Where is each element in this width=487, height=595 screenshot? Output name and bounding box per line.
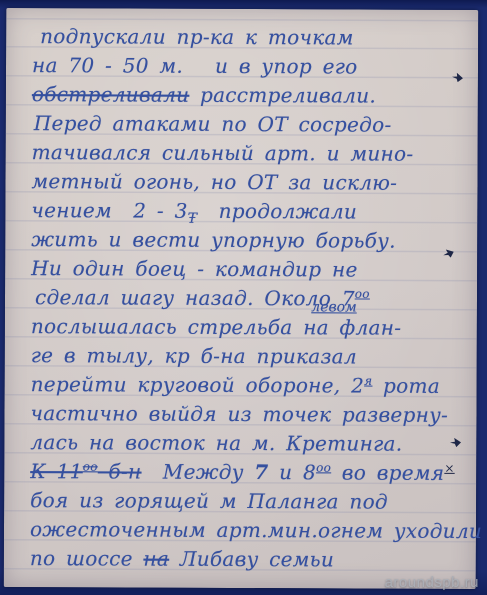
handwritten-text: оо [355,287,370,301]
handwriting-line: обстреливали расстреливали. [32,80,468,111]
watermark: aroundspb.ru [385,574,479,591]
paper-page: подпускали пр-ка к точкамна 70 - 50 м. и… [4,8,479,589]
handwritten-text: ге в тылу, кр б-на приказал [31,343,357,368]
handwritten-text: Ни один боец - командир не [31,256,358,281]
handwritten-text: подпускали пр-ка к точкам [40,24,354,49]
handwritten-text: лась на восток на м. Кретинга. [30,430,402,456]
handwritten-text: рота [372,374,440,398]
struck-text: обстреливали [32,82,190,107]
handwriting-line: боя из горящей м Паланга под [30,486,466,517]
handwritten-text: Перед атаками по ОТ сосредо- [34,111,392,137]
handwritten-text: 7 [254,460,268,484]
handwritten-text: ожесточенным арт.мин.огнем уходили [30,517,482,543]
handwritten-text: на флан-левом [303,315,401,339]
handwritten-text: во время [331,460,444,484]
handwritten-text: Ŧ [188,211,198,227]
handwritten-text: метный огонь, но ОТ за исклю- [31,169,397,195]
photo-scan: подпускали пр-ка к точкамна 70 - 50 м. и… [0,0,487,595]
handwriting-lines: подпускали пр-ка к точкамна 70 - 50 м. и… [4,8,479,589]
handwritten-text: частично выйдя из точек разверну- [30,401,448,427]
handwritten-text: и 8 [268,460,316,484]
handwritten-text: жить и вести упорную борьбу. [31,227,396,253]
handwritten-text: послышалась стрельба [31,314,303,339]
handwriting-line: чением 2 - 3Ŧ продолжали [31,196,467,227]
handwriting-line: тачивался сильный арт. и мино- [32,138,468,169]
handwriting-line: жить и вести упорную борьбу. [31,225,467,256]
inserted-word-above: левом [311,300,356,314]
handwritten-text: по шоссе [30,546,144,570]
handwriting-line: К 11оо б-н Между 7 и 8оо во время× [30,457,466,488]
handwriting-line: метный огонь, но ОТ за исклю- [31,167,467,198]
handwritten-text: чением 2 - 3 [31,198,187,223]
handwritten-text: Либаву семьи [169,547,334,572]
handwritten-text: Между [141,460,254,484]
handwriting-line: ге в тылу, кр б-на приказал [31,341,467,372]
struck-text: оо [83,460,98,474]
handwriting-line: лась на восток на м. Кретинга. [30,428,466,459]
handwriting-line: послышалась стрельба на флан-левом [31,312,467,343]
handwritten-text: на 70 - 50 м. и в упор его [32,53,358,78]
struck-text: на [143,547,169,571]
handwriting-line: ожесточенным арт.мин.огнем уходили [30,515,466,546]
handwriting-line: по шоссе на Либаву семьи [30,544,466,575]
handwriting-line: на 70 - 50 м. и в упор его [32,51,468,82]
handwriting-line: перейти круговой обороне, 2я рота [31,370,467,401]
handwriting-line: Перед атаками по ОТ сосредо- [32,109,468,140]
struck-text: К 11 [30,459,83,483]
handwriting-line: сделал шагу назад. Около 7оо [31,283,467,314]
handwritten-text: тачивался сильный арт. и мино- [32,140,414,166]
handwritten-text: оо [316,461,331,475]
handwriting-line: Ни один боец - командир не [31,254,467,285]
handwritten-text: расстреливали. [189,83,376,108]
struck-text: б-н [98,459,142,483]
handwritten-text: перейти круговой обороне, 2 [31,372,365,397]
handwritten-text: × [444,461,454,475]
handwritten-text: продолжали [197,199,357,224]
handwriting-line: частично выйдя из точек разверну- [30,399,466,430]
handwriting-line: подпускали пр-ка к точкам [32,22,468,53]
handwritten-text: я [364,374,372,388]
handwritten-text: сделал шагу назад. Около 7 [35,285,355,310]
handwritten-text: боя из горящей м Паланга под [30,488,388,514]
